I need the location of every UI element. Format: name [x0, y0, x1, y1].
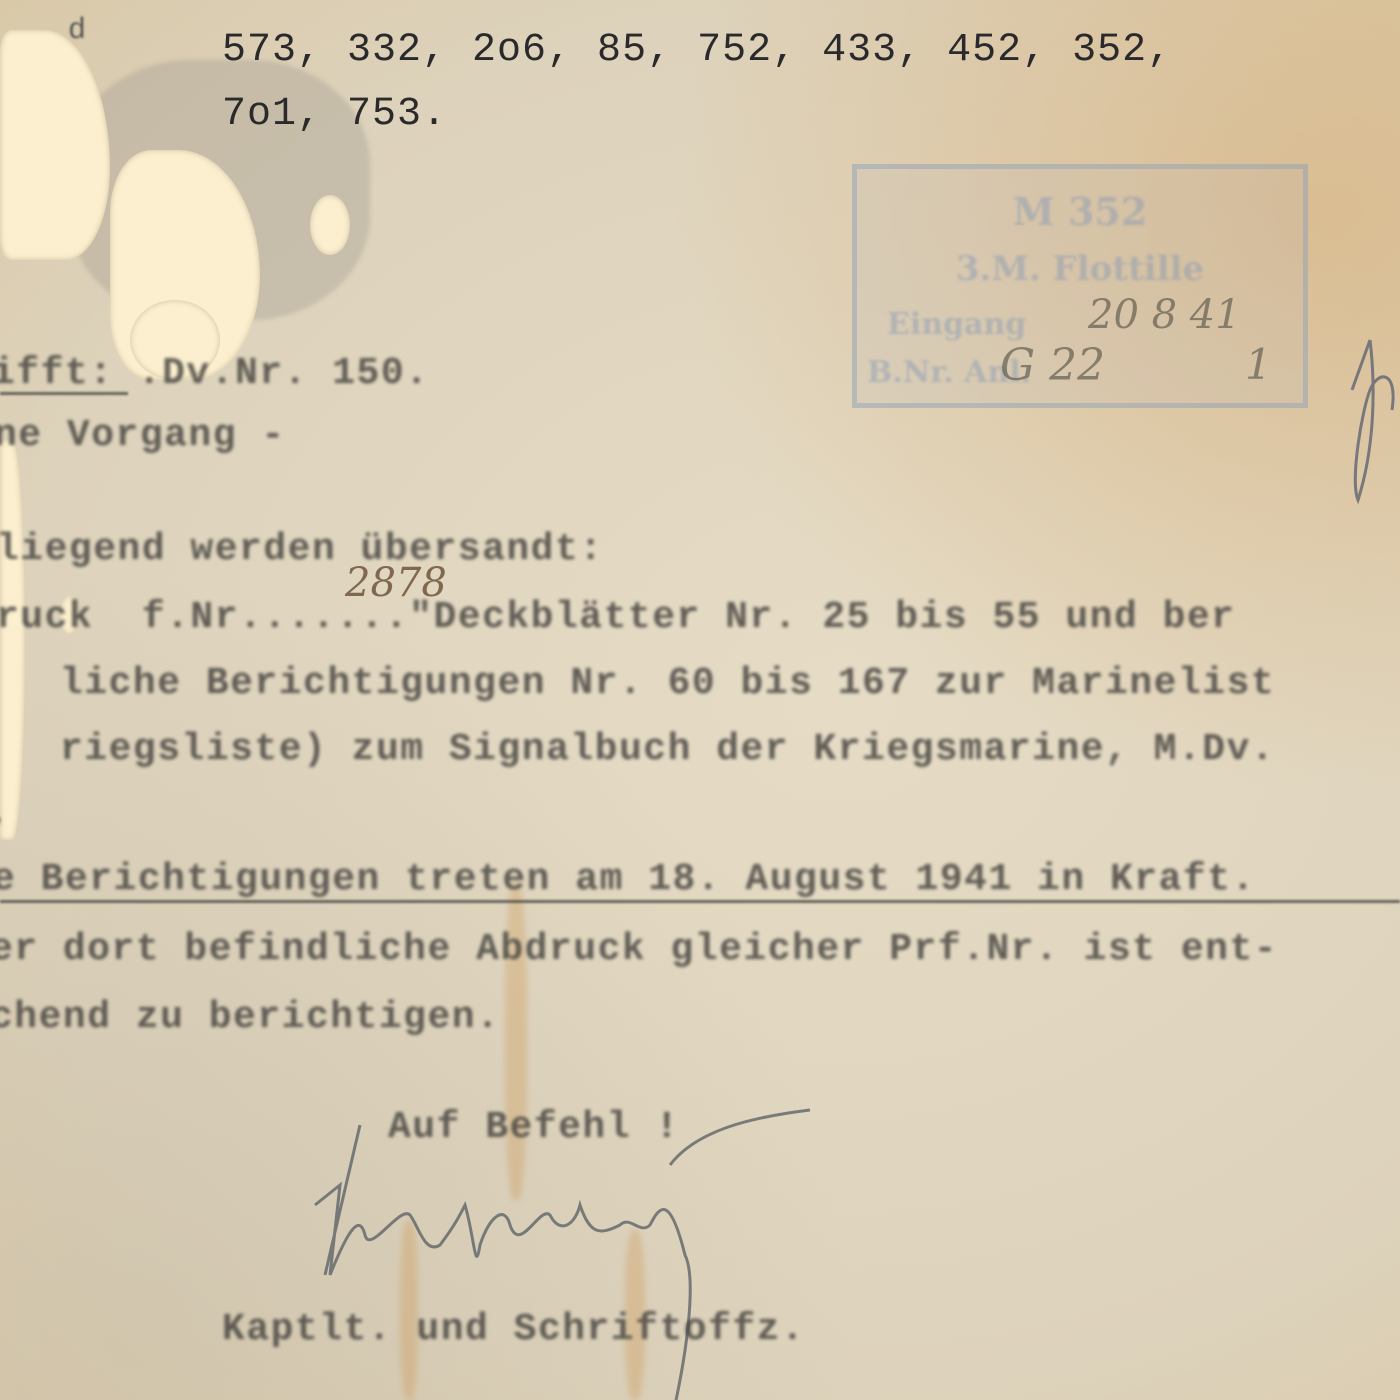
- margin-mark: d: [68, 14, 86, 48]
- signature: [290, 1105, 830, 1400]
- body-line-4: riegsliste) zum Signalbuch der Kriegsmar…: [60, 728, 1275, 771]
- subject-underline: [0, 392, 128, 395]
- torn-area: [310, 195, 350, 255]
- margin-initial-mark: [1340, 330, 1400, 520]
- body-line-6: e Berichtigungen treten am 18. August 19…: [0, 858, 1256, 901]
- subject-line: ifft: .Dv.Nr. 150.: [0, 352, 429, 395]
- reference-line: ne Vorgang -: [0, 414, 286, 457]
- body-line-3: liche Berichtigungen Nr. 60 bis 167 zur …: [60, 662, 1275, 705]
- body-line-5: .: [0, 792, 10, 835]
- form-number-handwritten: 2878: [345, 560, 447, 606]
- number-list-line-2: 7o1, 753.: [222, 92, 447, 137]
- effective-date-underline: [0, 900, 1400, 903]
- stamp-line-1: M 352: [857, 189, 1303, 234]
- torn-area: [0, 440, 25, 840]
- stamp-date-handwritten: 20 8 41: [1088, 292, 1241, 338]
- body-line-7: er dort befindliche Abdruck gleicher Prf…: [0, 928, 1278, 971]
- body-line-8: chend zu berichtigen.: [0, 996, 500, 1039]
- stamp-line-2: 3.M. Flottille: [857, 249, 1303, 289]
- number-list-line-1: 573, 332, 2o6, 85, 752, 433, 452, 352,: [222, 28, 1172, 73]
- body-line-2: ruck f.Nr......."Deckblätter Nr. 25 bis …: [0, 596, 1236, 639]
- signatory-title: Kaptlt. und Schriftoffz.: [222, 1308, 805, 1351]
- stamp-reference-suffix: 1: [1245, 340, 1272, 389]
- body-line-1: liegend werden übersandt:: [0, 528, 604, 571]
- stamp-reference-handwritten: G 22: [1000, 340, 1105, 391]
